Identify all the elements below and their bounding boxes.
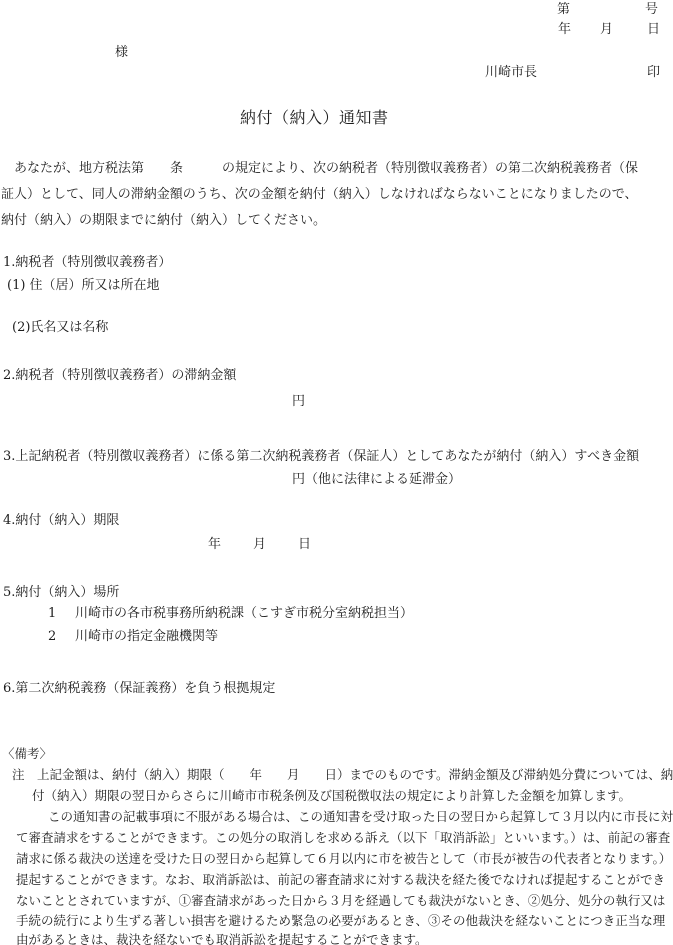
payment-place-item-1-text: 川崎市の各市税事務所納税課（こすぎ市税分室納税担当） (75, 606, 413, 621)
section-3-amount-unit: 円（他に法律による延滞金） (292, 472, 461, 487)
due-date-year: 年 (208, 537, 221, 552)
doc-number-suffix: 号 (645, 2, 658, 17)
doc-number-prefix: 第 (557, 2, 570, 17)
remarks-line-1: 注 上記金額は、納付（納入）期限（ 年 月 日）までのものです。滞納金額及び滞納… (12, 767, 673, 782)
payment-place-item-1-number: 1 (48, 606, 75, 621)
section-5-heading: 5.納付（納入）場所 (3, 585, 119, 600)
remarks-line-4: て審査請求をすることができます。この処分の取消しを求める訴え（以下「取消訴訟」と… (16, 830, 670, 845)
seal-mark: 印 (647, 65, 660, 80)
document-page: 第 号 年 月 日 様 川崎市長 印 納付（納入）通知書 あなたが、地方税法第 … (0, 0, 673, 945)
remarks-title: 〈備考〉 (2, 746, 52, 761)
issue-date-month: 月 (600, 22, 613, 37)
section-2-amount-unit: 円 (292, 394, 305, 409)
due-date-day: 日 (298, 537, 311, 552)
payment-place-item-2-text: 川崎市の指定金融機関等 (75, 629, 218, 644)
intro-line-1: あなたが、地方税法第 条 の規定により、次の納税者（特別徴収義務者）の第二次納税… (1, 161, 638, 176)
section-2-heading: 2.納税者（特別徴収義務者）の滞納金額 (3, 368, 236, 383)
addressee-honorific: 様 (115, 45, 128, 60)
remarks-line-8: 手続の続行により生ずる著しい損害を避けるため緊急の必要があるとき、③その他裁決を… (16, 913, 665, 928)
section-6-heading: 6.第二次納税義務（保証義務）を負う根拠規定 (3, 681, 275, 696)
section-1-name-label: (2)氏名又は名称 (12, 320, 108, 335)
remarks-line-3: この通知書の記載事項に不服がある場合は、この通知書を受け取った日の翌日から起算し… (48, 809, 673, 824)
due-date-month: 月 (253, 537, 266, 552)
issue-date-day: 日 (647, 22, 660, 37)
remarks-line-5: 請求に係る裁決の送達を受けた日の翌日から起算して６月以内に市を被告として（市長が… (16, 851, 671, 866)
issue-date-year: 年 (558, 22, 571, 37)
intro-line-3: 納付（納入）の期限までに納付（納入）してください。 (1, 213, 326, 228)
remarks-line-9: 由があるときは、裁決を経ないでも取消訴訟を提起することができます。 (16, 932, 428, 945)
payment-place-item-2-number: 2 (48, 629, 75, 644)
remarks-line-6: 提起することができます。なお、取消訴訟は、前記の審査請求に対する裁決を経た後でな… (16, 872, 665, 887)
section-4-heading: 4.納付（納入）期限 (3, 513, 119, 528)
document-title: 納付（納入）通知書 (240, 110, 389, 125)
payment-place-item-1: 1川崎市の各市税事務所納税課（こすぎ市税分室納税担当） (48, 606, 413, 621)
intro-line-2: 証人）として、同人の滞納金額のうち、次の金額を納付（納入）しなければならないこと… (1, 187, 637, 202)
issuer-name: 川崎市長 (485, 65, 537, 80)
section-1-heading: 1.納税者（特別徴収義務者） (3, 255, 171, 270)
remarks-line-7: ないこととされていますが、①審査請求があった日から３月を経過しても裁決がないとき… (16, 893, 665, 908)
remarks-line-2: 付（納入）期限の翌日からさらに川崎市市税条例及び国税徴収法の規定により計算した金… (32, 788, 631, 803)
section-3-heading: 3.上記納税者（特別徴収義務者）に係る第二次納税義務者（保証人）としてあなたが納… (3, 449, 639, 464)
payment-place-item-2: 2川崎市の指定金融機関等 (48, 629, 218, 644)
section-1-address-label: (1) 住（居）所又は所在地 (7, 278, 160, 293)
